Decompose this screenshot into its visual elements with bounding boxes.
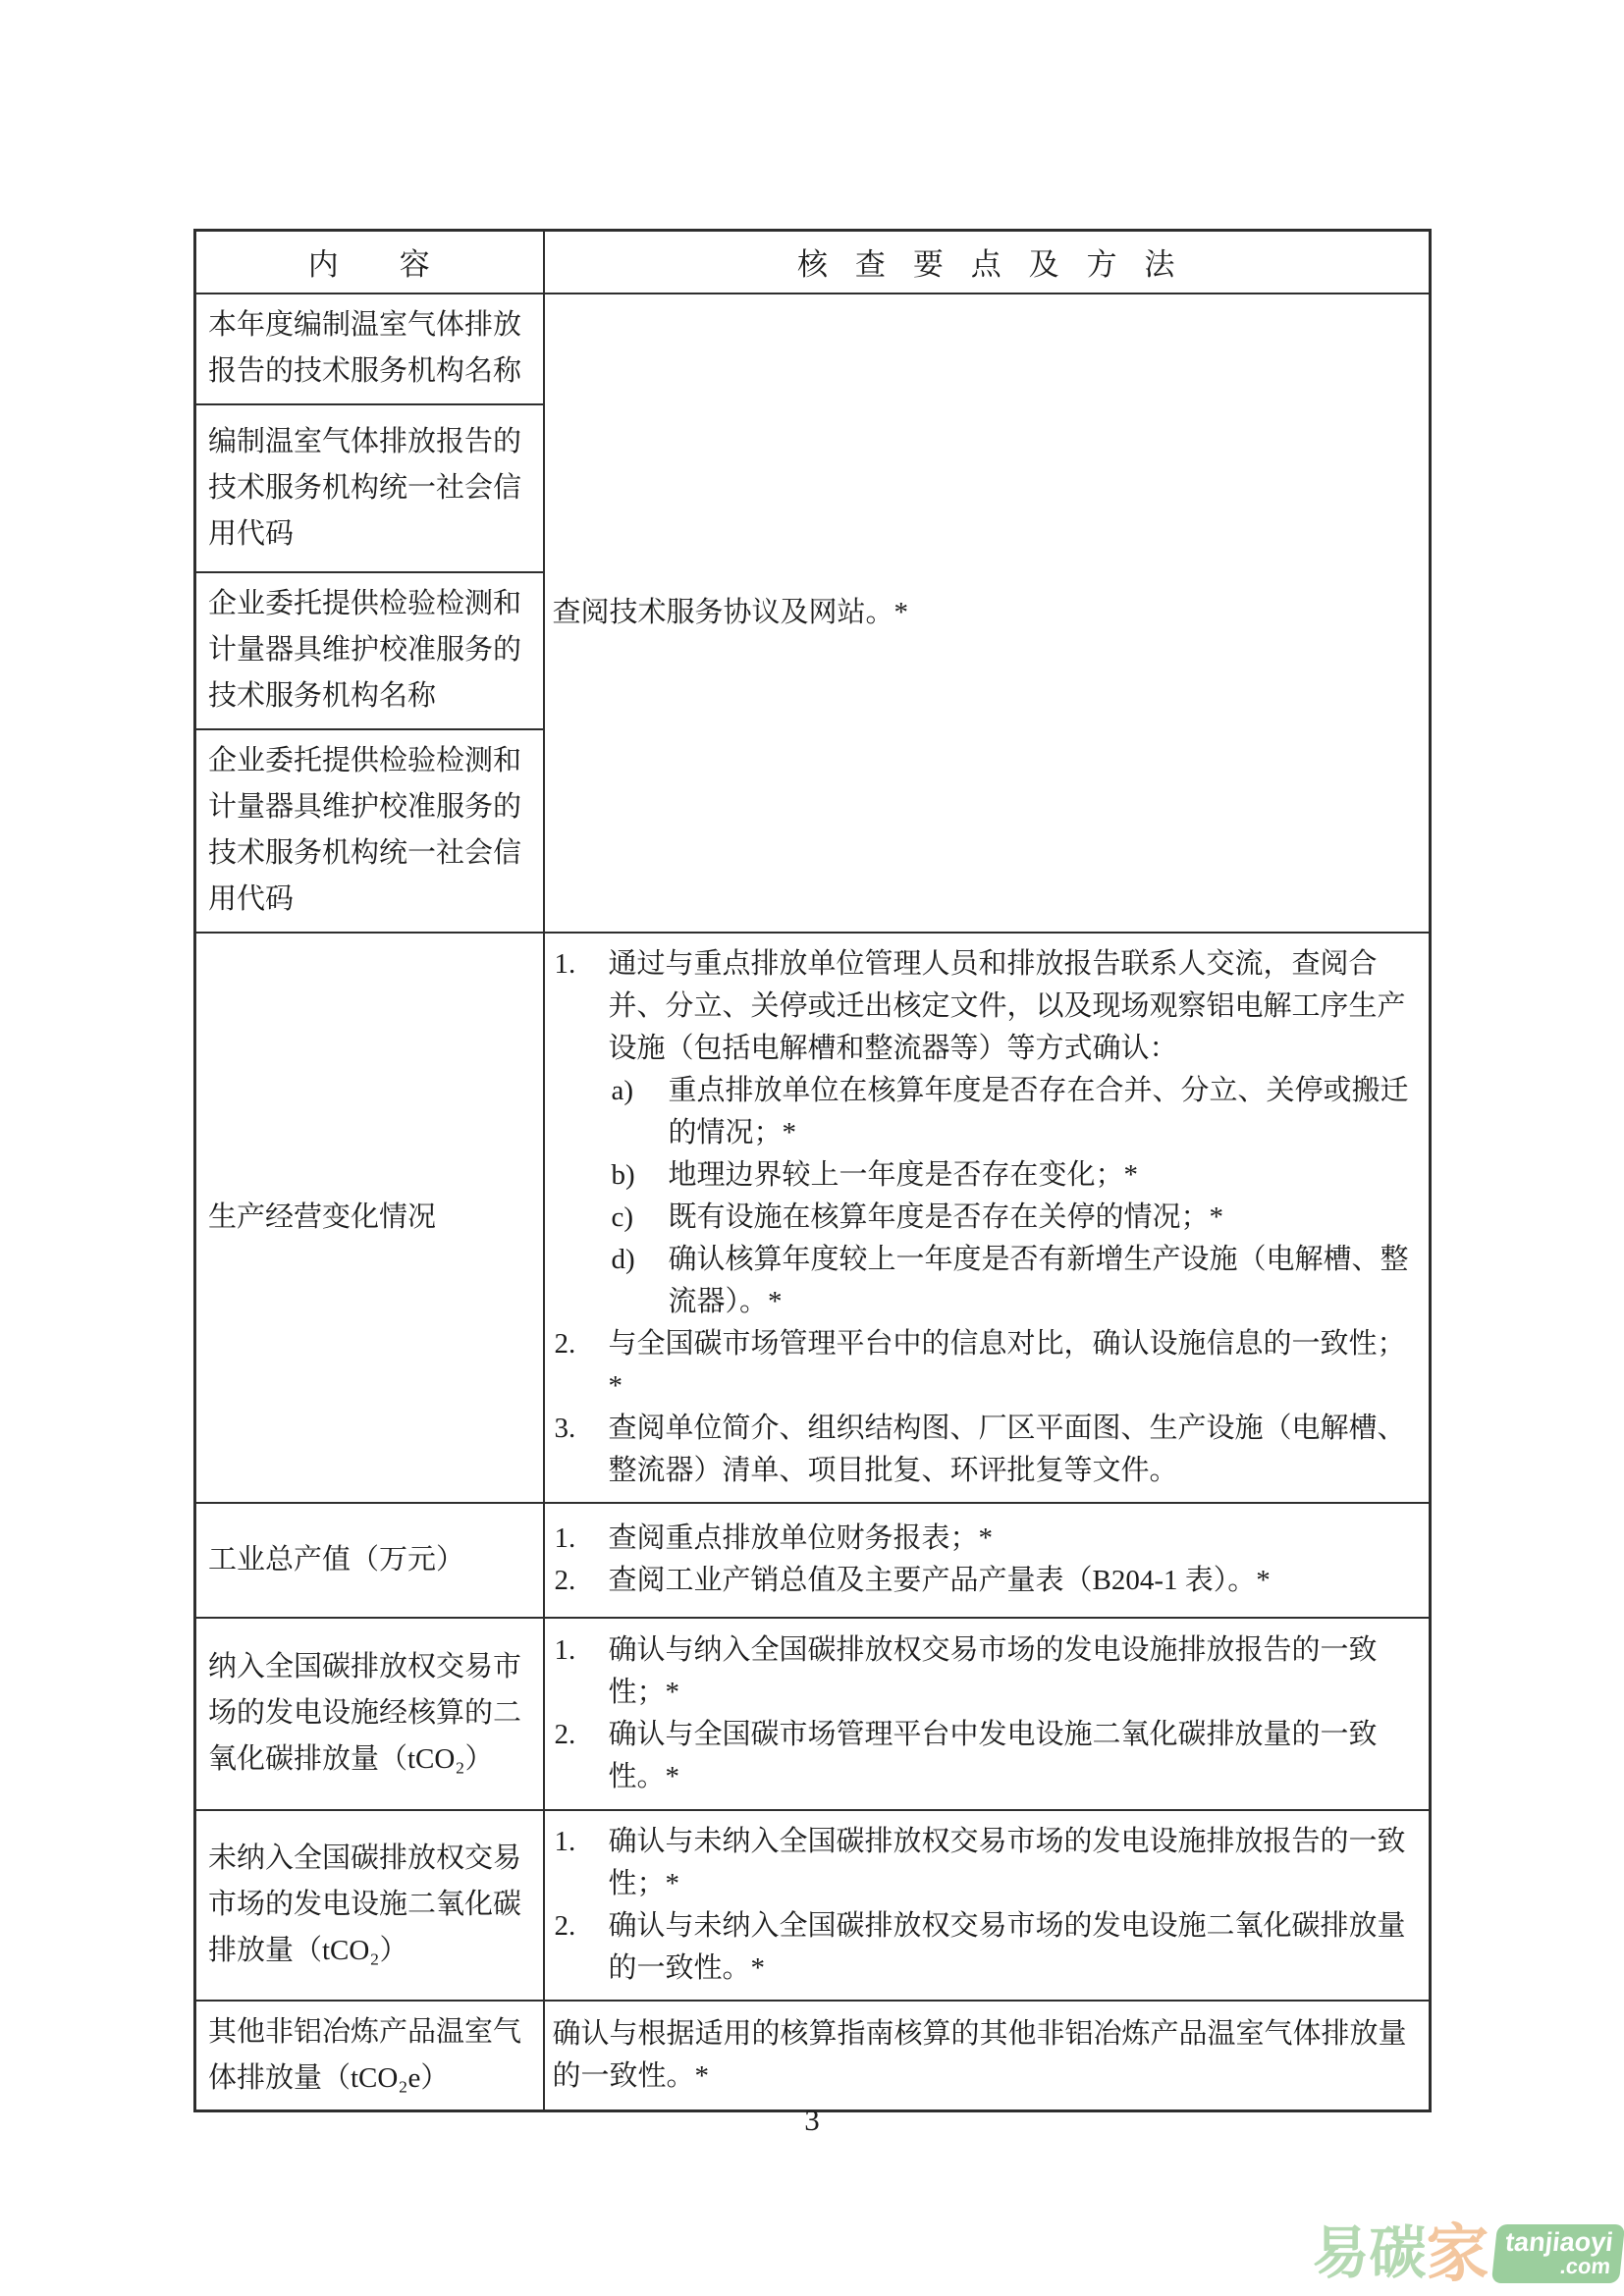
list-item-number: 1. [555, 943, 576, 986]
list-item-text: 确认与全国碳市场管理平台中发电设施二氧化碳排放量的一致性。* [609, 1719, 1378, 1792]
list-item-number: 1. [555, 1821, 576, 1863]
verification-table: 内容 核查要点及方法 本年度编制温室气体排放报告的技术服务机构名称 查阅技术服务… [193, 229, 1432, 2112]
sublist-item: a) 重点排放单位在核算年度是否存在合并、分立、关停或搬迁的情况；* [612, 1070, 1416, 1154]
sublist-item-letter: b) [612, 1154, 635, 1197]
list-item: 3. 查阅单位简介、组织结构图、厂区平面图、生产设施（电解槽、整流器）清单、项目… [553, 1408, 1416, 1492]
list-item: 1. 通过与重点排放单位管理人员和排放报告联系人交流，查阅合并、分立、关停或迁出… [553, 943, 1416, 1070]
sublist-item: b) 地理边界较上一年度是否存在变化；* [612, 1154, 1416, 1197]
method-included-emissions: 1. 确认与纳入全国碳排放权交易市场的发电设施排放报告的一致性；* 2. 确认与… [544, 1618, 1431, 1810]
method-production-change: 1. 通过与重点排放单位管理人员和排放报告联系人交流，查阅合并、分立、关停或迁出… [544, 933, 1431, 1503]
method-service-merged: 查阅技术服务协议及网站。* [544, 294, 1431, 933]
sublist-item-letter: c) [612, 1197, 634, 1239]
list-item-number: 2. [555, 1714, 576, 1756]
sublist-item: c) 既有设施在核算年度是否存在关停的情况；* [612, 1197, 1416, 1239]
table-header-row: 内容 核查要点及方法 [195, 231, 1431, 294]
list-item-number: 2. [555, 1905, 576, 1948]
list-item: 1. 确认与未纳入全国碳排放权交易市场的发电设施排放报告的一致性；* [553, 1821, 1416, 1905]
table-row-excluded-emissions: 未纳入全国碳排放权交易市场的发电设施二氧化碳排放量（tCO₂） 1. 确认与未纳… [195, 1810, 1431, 2001]
list-item: 1. 查阅重点排放单位财务报表；* [553, 1518, 1416, 1560]
list-item-text: 查阅单位简介、组织结构图、厂区平面图、生产设施（电解槽、整流器）清单、项目批复、… [609, 1413, 1406, 1486]
table-row-production-change: 生产经营变化情况 1. 通过与重点排放单位管理人员和排放报告联系人交流，查阅合并… [195, 933, 1431, 1503]
list-item: 2. 确认与未纳入全国碳排放权交易市场的发电设施二氧化碳排放量的一致性。* [553, 1905, 1416, 1990]
document-page: 内容 核查要点及方法 本年度编制温室气体排放报告的技术服务机构名称 查阅技术服务… [0, 0, 1624, 2296]
sublist-item-letter: a) [612, 1070, 634, 1112]
list-item-text: 与全国碳市场管理平台中的信息对比，确认设施信息的一致性；* [609, 1328, 1406, 1402]
list-item-number: 3. [555, 1408, 576, 1450]
list-item-text: 确认与未纳入全国碳排放权交易市场的发电设施排放报告的一致性；* [609, 1826, 1406, 1899]
list-item-number: 2. [555, 1560, 576, 1602]
watermark-char-jia: 家 [1426, 2224, 1489, 2283]
sublist-item-text: 确认核算年度较上一年度是否有新增生产设施（电解槽、整流器）。* [669, 1244, 1409, 1317]
row-label-inspection-org-code: 企业委托提供检验检测和计量器具维护校准服务的技术服务机构统一社会信用代码 [195, 729, 544, 933]
method-other-products: 确认与根据适用的核算指南核算的其他非铝冶炼产品温室气体排放量的一致性。* [544, 2001, 1431, 2111]
row-label-excluded-emissions: 未纳入全国碳排放权交易市场的发电设施二氧化碳排放量（tCO₂） [195, 1810, 544, 2001]
sublist-item-text: 重点排放单位在核算年度是否存在合并、分立、关停或搬迁的情况；* [669, 1075, 1409, 1148]
row-label-other-products: 其他非铝冶炼产品温室气体排放量（tCO₂e） [195, 2001, 544, 2111]
method-excluded-emissions: 1. 确认与未纳入全国碳排放权交易市场的发电设施排放报告的一致性；* 2. 确认… [544, 1810, 1431, 2001]
table-row-industrial-output: 工业总产值（万元） 1. 查阅重点排放单位财务报表；* 2. 查阅工业产销总值及… [195, 1503, 1431, 1618]
watermark-char-yi: 易 [1312, 2224, 1369, 2283]
row-label-industrial-output: 工业总产值（万元） [195, 1503, 544, 1618]
header-content: 内容 [195, 231, 544, 294]
list-item: 2. 与全国碳市场管理平台中的信息对比，确认设施信息的一致性；* [553, 1323, 1416, 1408]
watermark-badge-domain: .com [1502, 2256, 1612, 2277]
table-row: 本年度编制温室气体排放报告的技术服务机构名称 查阅技术服务协议及网站。* [195, 294, 1431, 404]
watermark-char-tan: 碳 [1369, 2224, 1426, 2283]
list-item-text: 查阅工业产销总值及主要产品产量表（B204-1 表）。* [609, 1565, 1271, 1596]
list-item-number: 2. [555, 1323, 576, 1365]
table-row-included-emissions: 纳入全国碳排放权交易市场的发电设施经核算的二氧化碳排放量（tCO₂） 1. 确认… [195, 1618, 1431, 1810]
list-item-text: 通过与重点排放单位管理人员和排放报告联系人交流，查阅合并、分立、关停或迁出核定文… [609, 948, 1406, 1064]
list-item-number: 1. [555, 1629, 576, 1672]
list-item: 2. 确认与全国碳市场管理平台中发电设施二氧化碳排放量的一致性。* [553, 1714, 1416, 1798]
list-item-text: 确认与未纳入全国碳排放权交易市场的发电设施二氧化碳排放量的一致性。* [609, 1910, 1406, 1984]
watermark-badge: tanjiaoyi .com [1491, 2224, 1624, 2283]
table-row-other-products: 其他非铝冶炼产品温室气体排放量（tCO₂e） 确认与根据适用的核算指南核算的其他… [195, 2001, 1431, 2111]
list-item-text: 确认与纳入全国碳排放权交易市场的发电设施排放报告的一致性；* [609, 1634, 1378, 1708]
row-label-service-org-code: 编制温室气体排放报告的技术服务机构统一社会信用代码 [195, 404, 544, 572]
watermark-badge-text: tanjiaoyi [1504, 2228, 1614, 2256]
sublist-item-letter: d) [612, 1239, 635, 1281]
sublist-item-text: 既有设施在核算年度是否存在关停的情况；* [669, 1201, 1224, 1233]
row-label-service-org-name: 本年度编制温室气体排放报告的技术服务机构名称 [195, 294, 544, 404]
header-method: 核查要点及方法 [544, 231, 1431, 294]
list-item-number: 1. [555, 1518, 576, 1560]
row-label-included-emissions: 纳入全国碳排放权交易市场的发电设施经核算的二氧化碳排放量（tCO₂） [195, 1618, 544, 1810]
sublist-item-text: 地理边界较上一年度是否存在变化；* [669, 1159, 1139, 1191]
row-label-inspection-org-name: 企业委托提供检验检测和计量器具维护校准服务的技术服务机构名称 [195, 572, 544, 729]
list-item-text: 查阅重点排放单位财务报表；* [609, 1522, 994, 1554]
list-item: 2. 查阅工业产销总值及主要产品产量表（B204-1 表）。* [553, 1560, 1416, 1602]
tanjiaoyi-watermark-logo: 易碳家 tanjiaoyi .com [1312, 2224, 1622, 2283]
method-industrial-output: 1. 查阅重点排放单位财务报表；* 2. 查阅工业产销总值及主要产品产量表（B2… [544, 1503, 1431, 1618]
list-item: 1. 确认与纳入全国碳排放权交易市场的发电设施排放报告的一致性；* [553, 1629, 1416, 1714]
row-label-production-change: 生产经营变化情况 [195, 933, 544, 1503]
page-number: 3 [0, 2103, 1624, 2138]
sublist-item: d) 确认核算年度较上一年度是否有新增生产设施（电解槽、整流器）。* [612, 1239, 1416, 1323]
